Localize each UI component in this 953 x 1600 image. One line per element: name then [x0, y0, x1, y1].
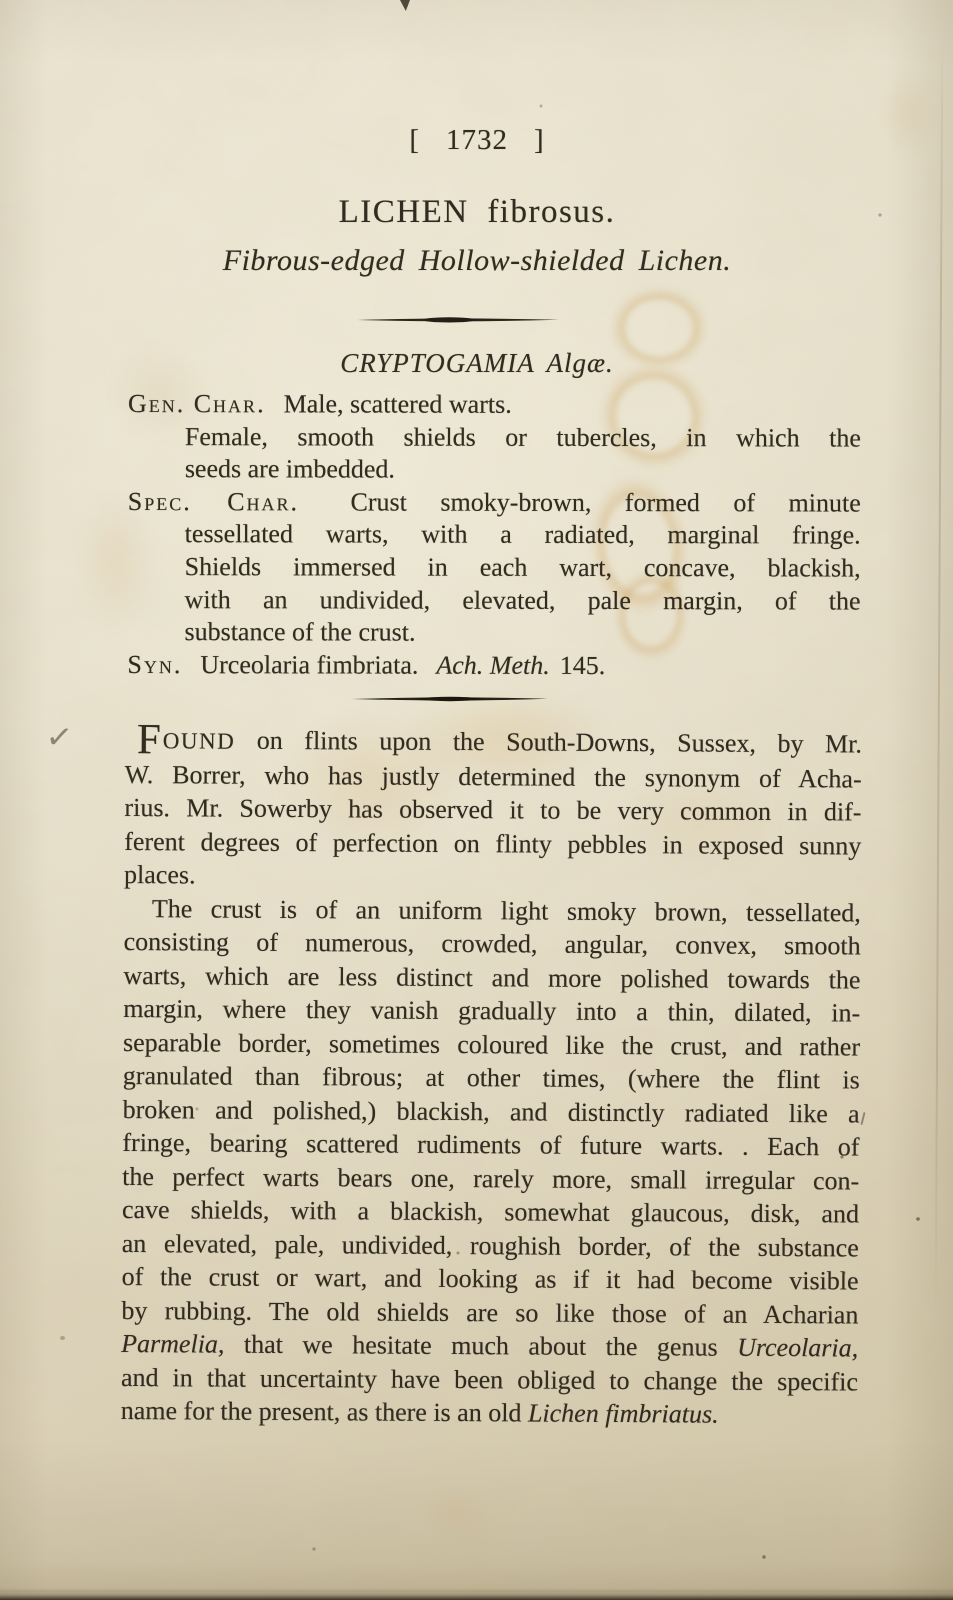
latin-name-italic: Parmelia,: [121, 1329, 224, 1359]
character-section: Gen. Char.Male, scattered warts. Female,…: [127, 388, 861, 683]
margin-pencil-tick: [860, 1112, 865, 1125]
drop-initial: F: [137, 716, 163, 763]
book-page-scan: [ 1732 ] LICHEN fibrosus. Fibrous-edged …: [0, 0, 953, 1600]
body-line: an elevated, pale, undivided, roughish b…: [122, 1226, 859, 1264]
syn-reference: Ach. Meth.: [436, 650, 549, 679]
spec-char-line: with an undivided, elevated, pale margin…: [128, 584, 861, 618]
page-bottom-shading: [0, 1562, 953, 1592]
spec-char-line: substance of the crust.: [127, 616, 860, 650]
foxing-blob-stain: [424, 1488, 488, 1540]
spec-char-line: Shields immersed in each wart, concave, …: [128, 551, 861, 585]
left-bracket: [: [409, 124, 420, 157]
gen-char-label: Gen. Char.: [128, 389, 266, 418]
paper-specks: [0, 0, 2, 2]
common-name-subtitle: Fibrous-edged Hollow-shielded Lichen.: [21, 244, 933, 278]
body-line: Parmelia, that we hesitate much about th…: [121, 1327, 858, 1365]
syn-label: Syn.: [127, 650, 182, 679]
syn-name: Urceolaria fimbriata.: [200, 650, 418, 679]
spec-char-label: Spec. Char.: [128, 487, 299, 516]
page-number-line: [ 1732 ]: [21, 124, 933, 157]
gen-char-line: Female, smooth shields or tubercles, in …: [128, 421, 861, 455]
spec-char-text: Crust smoky-brown, formed of minute: [351, 487, 861, 517]
body-line: and in that uncertainty have been oblige…: [121, 1360, 858, 1398]
body-line: W. Borrer, who has justly determined the…: [125, 757, 862, 795]
classification-heading: CRYPTOGAMIA Algæ.: [21, 348, 933, 379]
synonym-line: Syn.Urceolaria fimbriata.Ach. Meth.145.: [127, 649, 860, 683]
spec-char-line: Spec. Char. Crust smoky-brown, formed of…: [128, 486, 861, 520]
latin-name-italic: Lichen fimbriatus.: [528, 1398, 719, 1428]
body-line: fringe, bearing scattered rudiments of f…: [122, 1126, 859, 1164]
body-line: FOUND on flints upon the South-Downs, Su…: [125, 723, 862, 762]
species-title: LICHEN fibrosus.: [21, 194, 933, 231]
paper-crease: [935, 30, 944, 1320]
swelled-rule-divider: [352, 693, 548, 705]
margin-dot-mark: [60, 1336, 65, 1340]
page-number: 1732: [446, 124, 508, 157]
page-bottom-edge: [0, 1588, 953, 1600]
body-line: rius. Mr. Sowerby has observed it to be …: [124, 791, 861, 829]
top-edge-mark: [400, 0, 410, 11]
swelled-rule-divider: [357, 315, 559, 325]
body-line: granulated than fibrous; at other times,…: [123, 1059, 860, 1097]
syn-reference-page: 145.: [560, 651, 606, 680]
initial-word-caps: OUND: [163, 728, 236, 753]
gen-char-line: seeds are imbedded.: [128, 453, 861, 487]
body-line: margin, where they vanish gradually into…: [123, 992, 860, 1030]
latin-name-italic: Urceolaria,: [737, 1333, 858, 1363]
body-line: by rubbing. The old shields are so like …: [121, 1293, 858, 1331]
body-line: places.: [124, 858, 861, 896]
body-line: the perfect warts bears one, rarely more…: [122, 1159, 859, 1197]
spec-char-line: tessellated warts, with a radiated, marg…: [128, 518, 861, 552]
body-line: cave shields, with a blackish, somewhat …: [122, 1193, 859, 1231]
body-line: ferent degrees of perfection on flinty p…: [124, 824, 861, 862]
body-line: consisting of numerous, crowded, angular…: [124, 925, 861, 963]
body-line: broken and polished,) blackish, and dist…: [123, 1092, 860, 1130]
body-line: warts, which are less distinct and more …: [123, 958, 860, 996]
right-bracket: ]: [534, 124, 545, 157]
pencil-checkmark: ✓: [44, 717, 75, 758]
body-line: name for the present, as there is an old…: [121, 1394, 858, 1432]
body-text: name for the present, as there is an old: [121, 1396, 522, 1427]
body-text: that we hesitate much about the genus: [244, 1330, 718, 1362]
body-line: The crust is of an uniform light smoky b…: [124, 891, 861, 929]
gen-char-line: Gen. Char.Male, scattered warts.: [128, 388, 861, 422]
description-section: FOUND on flints upon the South-Downs, Su…: [121, 723, 862, 1432]
body-line: separable border, sometimes coloured lik…: [123, 1025, 860, 1063]
body-text: on flints upon the South-Downs, Sussex, …: [257, 726, 862, 759]
gen-char-text: Male, scattered warts.: [284, 389, 512, 418]
body-line: of the crust or wart, and looking as if …: [122, 1260, 859, 1298]
